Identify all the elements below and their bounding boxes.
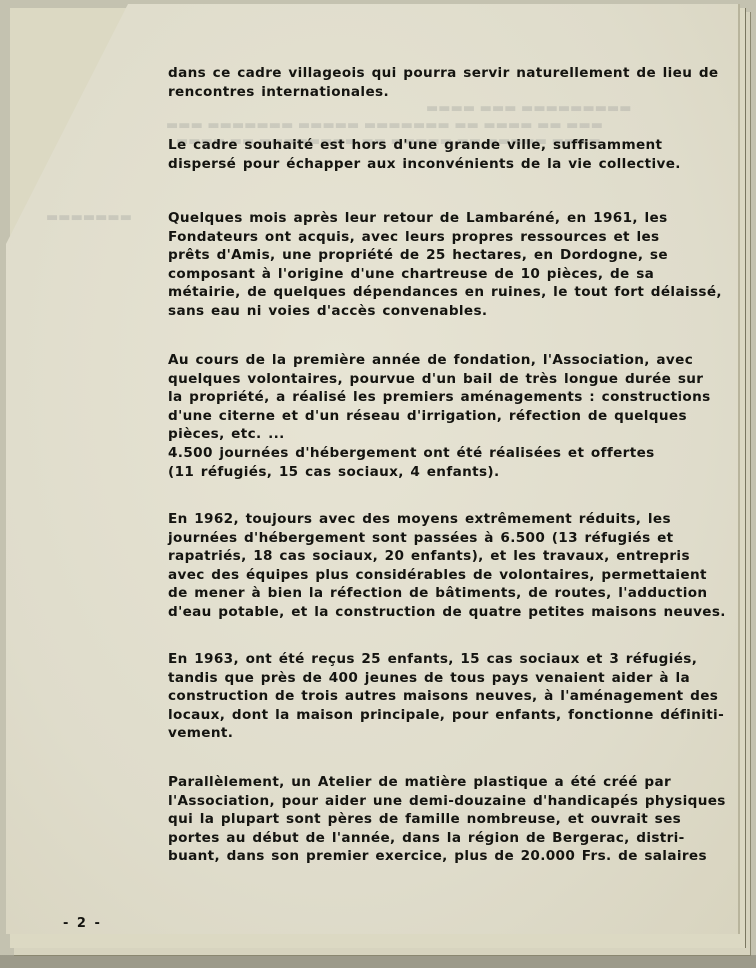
paragraph-1961-acquisition: Quelques mois après leur retour de Lamba…	[168, 209, 722, 321]
paragraph-first-year: Au cours de la première année de fondati…	[168, 351, 711, 481]
bleed-through-text: ▬▬▬▬ ▬▬▬ ▬▬▬▬▬▬▬▬▬	[426, 101, 632, 116]
paragraph-village-setting: dans ce cadre villageois qui pourra serv…	[168, 64, 718, 101]
page-number: - 2 -	[63, 916, 102, 931]
paragraph-plastic-workshop: Parallèlement, un Atelier de matière pla…	[168, 773, 726, 866]
bleed-through-text: ▬▬▬▬▬▬▬	[46, 210, 132, 225]
bleed-through-text: ▬▬▬ ▬▬▬▬▬▬▬ ▬▬▬▬▬ ▬▬▬▬▬▬▬ ▬▬ ▬▬▬▬ ▬▬ ▬▬▬	[166, 118, 603, 133]
paragraph-1963: En 1963, ont été reçus 25 enfants, 15 ca…	[168, 650, 724, 743]
paragraph-1962: En 1962, toujours avec des moyens extrêm…	[168, 510, 726, 622]
paragraph-desired-setting: Le cadre souhaité est hors d'une grande …	[168, 136, 681, 173]
